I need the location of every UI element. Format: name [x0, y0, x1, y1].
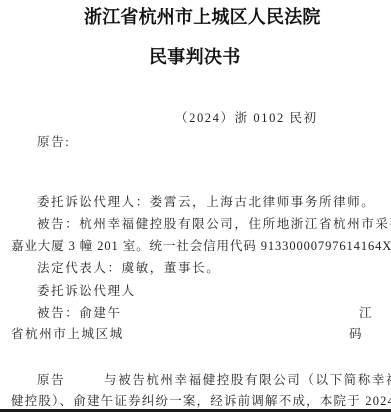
- paragraph-opening-line: 与被告杭州幸福健控股有限公司（以下简称幸福: [104, 370, 391, 388]
- court-name-title: 浙江省杭州市上城区人民法院: [84, 3, 321, 29]
- defendant-agent-line: 委托诉讼代理人: [37, 281, 136, 299]
- plaintiff-agent-line: 委托诉讼代理人：娄霄云，上海古北律师事务所律师。: [37, 192, 375, 210]
- defendant-company-address-line: 嘉业大厦 3 幢 201 室。统一社会信用代码 9133000079761416…: [11, 236, 391, 254]
- case-number: （2024）浙 0102 民初: [175, 108, 318, 126]
- defendant-individual-line-tail: 江: [359, 303, 373, 321]
- document-type-title: 民事判决书: [149, 43, 241, 69]
- plaintiff-label: 原告:: [37, 132, 70, 150]
- paragraph-continuation-line: 健控股）、俞建午证券纠纷一案，经诉前调解不成，本院于 2024: [11, 391, 391, 409]
- paragraph-plaintiff-label: 原告: [37, 370, 65, 388]
- defendant-company-line: 被告：杭州幸福健控股有限公司，住所地浙江省杭州市采荷: [37, 214, 391, 232]
- legal-representative-line: 法定代表人：虞敏，董事长。: [37, 258, 220, 276]
- defendant-individual-address-line: 省杭州市上城区城: [11, 324, 124, 342]
- defendant-individual-line: 被告：俞建午: [37, 303, 122, 321]
- defendant-individual-address-tail: 码: [349, 324, 363, 342]
